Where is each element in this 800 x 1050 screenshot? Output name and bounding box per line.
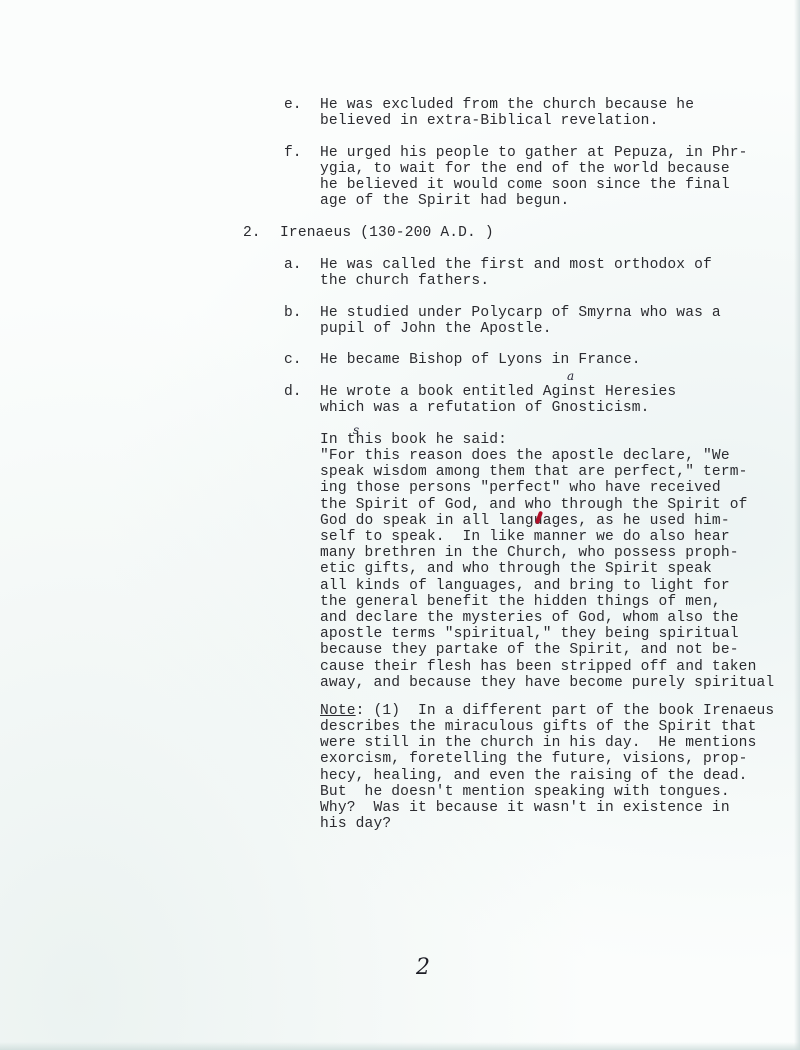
item-b-line-2: pupil of John the Apostle. <box>320 321 552 337</box>
item-label-f: f. <box>284 145 302 161</box>
item-label-e: e. <box>284 97 302 113</box>
quote-line: because they partake of the Spirit, and … <box>320 642 739 658</box>
item-label-a: a. <box>284 257 302 273</box>
quote-line: many brethren in the Church, who possess… <box>320 545 739 561</box>
item-c-line-1: He became Bishop of Lyons in France. <box>320 352 641 368</box>
item-label-b: b. <box>284 305 302 321</box>
item-label-d: d. <box>284 384 302 400</box>
document-page: e. He was excluded from the church becau… <box>0 0 800 1050</box>
item-d-line-1: He wrote a book entitled Aginst Heresies <box>320 384 676 400</box>
quote-line: speak wisdom among them that are perfect… <box>320 464 748 480</box>
quote-line: "For this reason does the apostle declar… <box>320 448 730 464</box>
item-e-line-2: believed in extra-Biblical revelation. <box>320 113 659 129</box>
note-line: But he doesn't mention speaking with ton… <box>320 784 730 800</box>
section-2-heading: Irenaeus (130-200 A.D. ) <box>280 225 494 241</box>
item-f-line-3: he believed it would come soon since the… <box>320 177 730 193</box>
quote-line: the general benefit the hidden things of… <box>320 594 721 610</box>
note-line: exorcism, foretelling the future, vision… <box>320 751 748 767</box>
handwritten-correction-s: s <box>353 423 359 437</box>
note-label: Note <box>320 703 356 719</box>
note-line: hecy, healing, and even the raising of t… <box>320 768 748 784</box>
quote-line: ing those persons "perfect" who have rec… <box>320 480 721 496</box>
quote-intro: In this book he said: <box>320 432 507 448</box>
quote-line: the Spirit of God, and who through the S… <box>320 497 748 513</box>
note-first-line-text: : (1) In a different part of the book Ir… <box>356 703 775 719</box>
quote-line: away, and because they have become purel… <box>320 675 774 691</box>
item-f-line-1: He urged his people to gather at Pepuza,… <box>320 145 748 161</box>
quote-line: self to speak. In like manner we do also… <box>320 529 730 545</box>
quote-line: cause their flesh has been stripped off … <box>320 659 756 675</box>
note-line: Why? Was it because it wasn't in existen… <box>320 800 730 816</box>
quote-line: apostle terms "spiritual," they being sp… <box>320 626 739 642</box>
note-first-line: Note: (1) In a different part of the boo… <box>320 703 774 719</box>
item-f-line-4: age of the Spirit had begun. <box>320 193 569 209</box>
note-line: describes the miraculous gifts of the Sp… <box>320 719 756 735</box>
quote-line: and declare the mysteries of God, whom a… <box>320 610 739 626</box>
page-edge-shadow-bottom <box>0 1042 800 1050</box>
quote-line: etic gifts, and who through the Spirit s… <box>320 561 712 577</box>
section-2-label: 2. <box>243 225 261 241</box>
quote-line: God do speak in all languages, as he use… <box>320 513 730 529</box>
quote-line: all kinds of languages, and bring to lig… <box>320 578 730 594</box>
page-edge-shadow-right <box>794 0 800 1050</box>
item-d-line-2: which was a refutation of Gnosticism. <box>320 400 650 416</box>
item-label-c: c. <box>284 352 302 368</box>
note-line: were still in the church in his day. He … <box>320 735 756 751</box>
item-a-line-1: He was called the first and most orthodo… <box>320 257 712 273</box>
page-number: 2 <box>416 955 430 980</box>
item-a-line-2: the church fathers. <box>320 273 489 289</box>
item-f-line-2: ygia, to wait for the end of the world b… <box>320 161 730 177</box>
item-b-line-1: He studied under Polycarp of Smyrna who … <box>320 305 721 321</box>
item-e-line-1: He was excluded from the church because … <box>320 97 694 113</box>
note-line: his day? <box>320 816 391 832</box>
handwritten-correction-a: a <box>567 369 574 383</box>
